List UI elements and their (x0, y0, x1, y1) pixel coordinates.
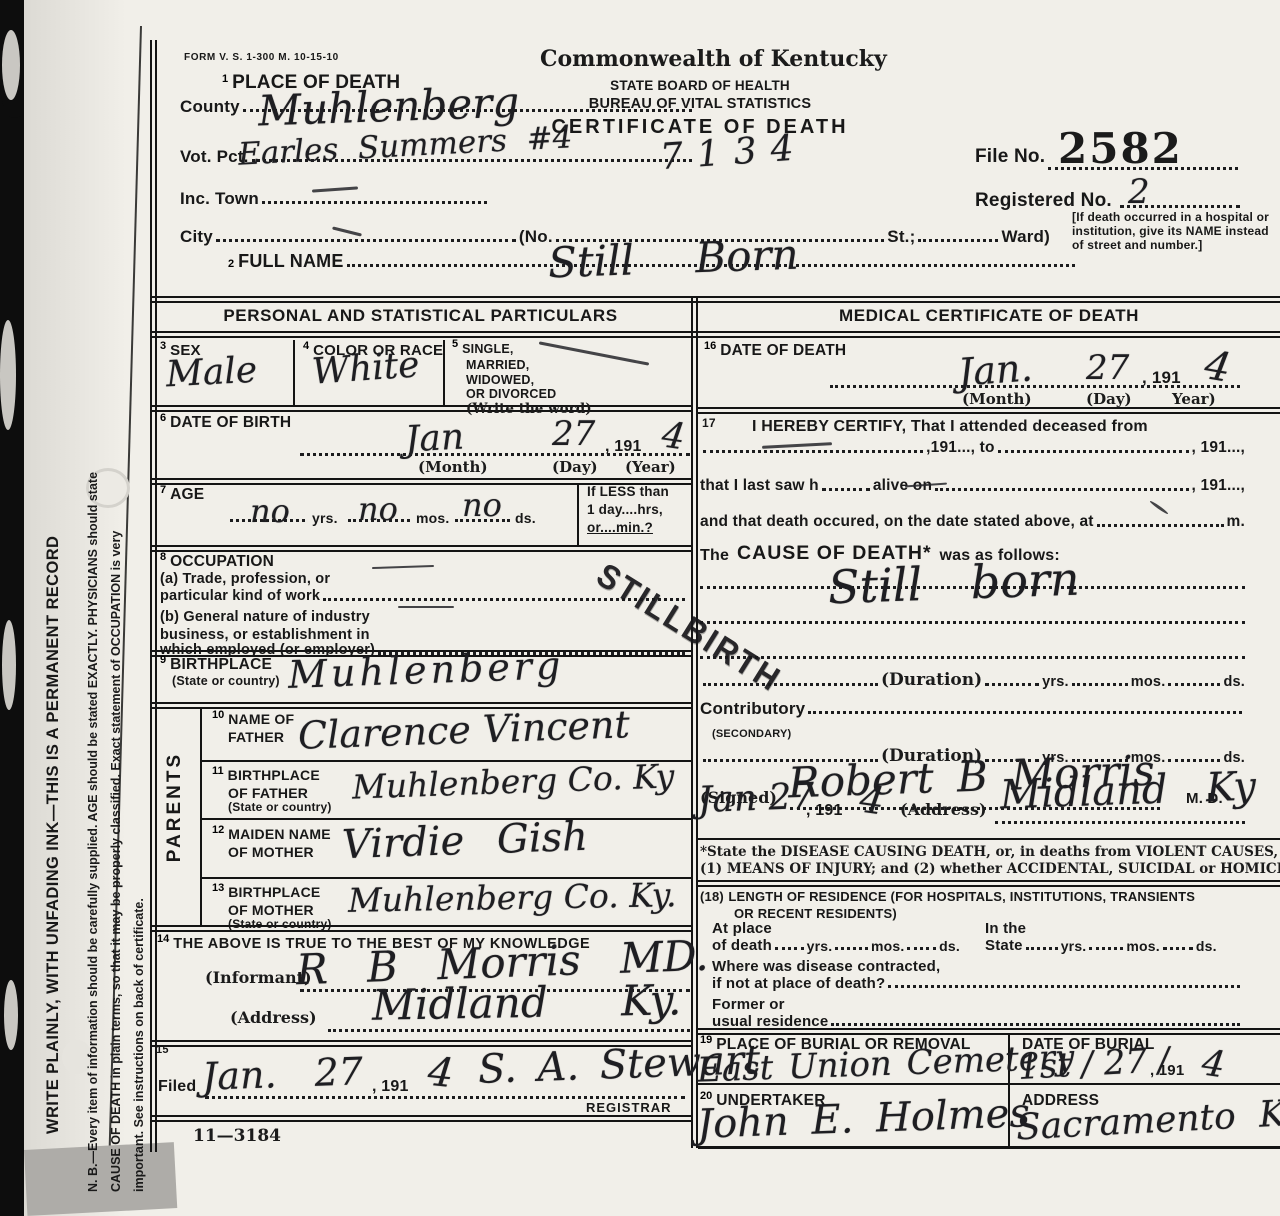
agency-block: Commonwealth of Kentucky STATE BOARD OF … (540, 46, 860, 139)
burial-date-value: 1st / 27 / (1017, 1040, 1170, 1088)
at-place-label1: At place (712, 920, 772, 937)
bureau-title: BUREAU OF VITAL STATISTICS (540, 96, 860, 112)
dotted-line (1163, 946, 1193, 950)
footnote-line2: (1) MEANS OF INJURY; and (2) whether ACC… (700, 861, 1280, 877)
informant-address-value: Midland Ky. (372, 975, 682, 1029)
left-column-title: PERSONAL AND STATISTICAL PARTICULARS (150, 306, 691, 326)
margin-warning: WRITE PLAINLY, WITH UNFADING INK—THIS IS… (44, 200, 63, 1134)
full-name-value: Still Born (547, 230, 799, 288)
dotted-line (703, 682, 878, 686)
dob-year-printed: , 191 (605, 438, 642, 456)
dod-year-printed: , 191 (1142, 368, 1181, 388)
filed-section-number: 15 (156, 1044, 169, 1056)
day-label: (Day) (1086, 390, 1132, 408)
filed-date: Jan. 27 (201, 1049, 363, 1099)
dod-cell: 16DATE OF DEATH (704, 340, 846, 360)
disease-question-line1: Where was disease contracted, (712, 958, 940, 975)
dotted-line (455, 518, 510, 522)
dotted-line (907, 946, 936, 950)
dotted-line (1072, 682, 1128, 686)
age-mos-label: mos. (416, 510, 449, 526)
occupation-b-line1: (b) General nature of industry (160, 609, 370, 625)
residence-title: (18) LENGTH OF RESIDENCE (FOR HOSPITALS,… (700, 888, 1195, 921)
month-label: (Month) (962, 390, 1032, 408)
dotted-line (831, 1022, 1240, 1026)
signed-address-label: (Address) (900, 800, 987, 819)
table-left-border (150, 40, 157, 1152)
signed-year-printed: , 191 (806, 802, 843, 820)
commonwealth-title: Commonwealth of Kentucky (540, 46, 860, 72)
former-residence-line2: usual residence (712, 1014, 1243, 1029)
dotted-line (216, 238, 516, 242)
column-title-rule (150, 331, 1280, 338)
certificate-title: CERTIFICATE OF DEATH (540, 116, 860, 139)
certify-line4: and that death occured, on the date stat… (700, 514, 1245, 530)
filed-year-printed: , 191 (372, 1078, 409, 1096)
dotted-line (1097, 523, 1224, 527)
mother-birthplace-cell: 13BIRTHPLACE OF MOTHER (State or country… (212, 882, 332, 932)
signed-address-value: Midland Ky (999, 764, 1256, 819)
father-birthplace-cell: 11BIRTHPLACE OF FATHER (State or country… (212, 765, 332, 815)
mother-birthplace-value: Muhlenberg Co. Ky. (348, 875, 677, 920)
column-divider (691, 296, 698, 1148)
contributory-row: Contributory (700, 700, 1245, 717)
parents-label: PARENTS (164, 712, 186, 902)
dotted-line (205, 1095, 685, 1099)
dob-month: Jan (404, 416, 465, 460)
secondary-label: (SECONDARY) (712, 728, 791, 740)
year-label: (Year) (625, 458, 676, 476)
dotted-line (262, 200, 487, 204)
mother-name-cell: 12MAIDEN NAME OF MOTHER (212, 824, 331, 861)
plate-number: 11—3184 (193, 1126, 281, 1146)
section-number: 1 (222, 73, 228, 85)
dob-day: 27 (552, 414, 595, 454)
occupation-a-line1: (a) Trade, profession, or (160, 571, 330, 587)
in-state-label1: In the (985, 920, 1026, 937)
margin-note-line: CAUSE OF DEATH in plain terms, so that i… (105, 166, 128, 1192)
dotted-line (775, 946, 804, 950)
month-label: (Month) (418, 458, 488, 476)
table-bottom-rule (698, 1146, 1280, 1149)
dotted-line (700, 620, 1245, 624)
dotted-line (1048, 166, 1238, 170)
form-number: FORM V. S. 1-300 M. 10-15-10 (184, 52, 339, 63)
footnote-line1: *State the DISEASE CAUSING DEATH, or, in… (700, 844, 1280, 860)
dotted-line (1120, 204, 1240, 208)
dotted-line (1089, 946, 1123, 950)
dotted-line (995, 820, 1245, 824)
occupation-cell: 8OCCUPATION (160, 551, 274, 571)
dotted-line (918, 238, 998, 242)
mother-name-value: Virdie Gish (341, 814, 588, 869)
scanned-death-certificate: WRITE PLAINLY, WITH UNFADING INK—THIS IS… (0, 0, 1280, 1216)
former-residence-line1: Former or (712, 996, 785, 1013)
cell-divider (293, 340, 295, 405)
occupation-b-line2: business, or establishment in (160, 627, 370, 643)
burial-year-printed: , 191 (1150, 1062, 1184, 1079)
row-rule (150, 405, 691, 412)
birthplace-cell: 9BIRTHPLACE (State or country) (160, 654, 280, 688)
margin-note-line: N. B.—Every item of information should b… (82, 166, 105, 1192)
dod-day: 27 (1086, 348, 1129, 388)
cell-divider (443, 340, 445, 405)
age-ds-label: ds. (515, 510, 536, 526)
dotted-line (998, 449, 1189, 453)
dotted-line (888, 984, 1240, 988)
age-yrs-label: yrs. (312, 510, 338, 526)
dotted-line (985, 682, 1039, 686)
filed-year-digit: 4 (426, 1049, 456, 1097)
cell-divider (577, 483, 579, 545)
informant-address-label: (Address) (230, 1008, 317, 1027)
dotted-line (1168, 682, 1220, 686)
parents-divider (200, 709, 202, 925)
cause-of-death-value: Still born (827, 552, 1080, 615)
hospital-note: [If death occurred in a hospital or inst… (1072, 210, 1280, 252)
dod-month: Jan. (957, 345, 1034, 394)
film-scratch (2, 30, 20, 100)
dotted-line (822, 487, 870, 491)
disease-question-line2: if not at place of death? (712, 976, 1243, 991)
margin-note-line: important. See instructions on back of c… (128, 166, 151, 1192)
dotted-line (348, 518, 410, 522)
pen-mark (398, 606, 454, 608)
year-label: Year) (1172, 390, 1216, 408)
film-scratch (4, 980, 18, 1050)
right-column-title: MEDICAL CERTIFICATE OF DEATH (698, 306, 1280, 326)
board-title: STATE BOARD OF HEALTH (540, 78, 860, 93)
dotted-line (230, 518, 305, 522)
dotted-line (703, 449, 923, 453)
table-top-rule (150, 296, 1280, 303)
row-rule (698, 407, 1280, 414)
file-no-label: File No. (975, 146, 1045, 168)
filed-label: Filed (158, 1078, 196, 1096)
margin-note: N. B.—Every item of information should b… (82, 166, 151, 1192)
dotted-line (935, 487, 1188, 491)
certify-line3: that I last saw h alive on , 191..., (700, 478, 1245, 494)
day-label: (Day) (552, 458, 598, 476)
dotted-line (835, 946, 868, 950)
age-cell: 7AGE (160, 484, 204, 504)
age-mos-value: no (358, 490, 398, 528)
table-bottom-rule (150, 1115, 691, 1122)
certify-line1: I HEREBY CERTIFY, That I attended deceas… (752, 418, 1148, 436)
color-race-value: White (311, 344, 421, 392)
registrar-label: REGISTRAR (586, 1100, 672, 1115)
row-rule (698, 880, 1280, 887)
dotted-line (1026, 946, 1058, 950)
certify-section-number: 17 (702, 416, 716, 430)
dotted-line (700, 655, 1245, 659)
in-state-row: State yrs. mos. ds. (985, 938, 1243, 953)
dotted-line (808, 710, 1242, 714)
row-rule (698, 838, 1280, 840)
age-yrs-value: no (250, 492, 290, 530)
dob-cell: 6DATE OF BIRTH (160, 412, 291, 432)
signed-date: Jan 27 (697, 776, 815, 821)
father-name-cell: 10NAME OF FATHER (212, 709, 294, 746)
age-less-cell: If LESS than 1 day....hrs, or....min.? (587, 483, 669, 538)
registered-no-label: Registered No. (975, 190, 1112, 212)
sex-value: Male (165, 350, 258, 396)
film-scratch (2, 620, 16, 710)
dotted-line (1168, 758, 1220, 762)
inc-town-field: Inc. Town (180, 190, 490, 207)
at-place-row: of death yrs. mos. ds. (712, 938, 960, 953)
film-scratch (0, 320, 16, 430)
